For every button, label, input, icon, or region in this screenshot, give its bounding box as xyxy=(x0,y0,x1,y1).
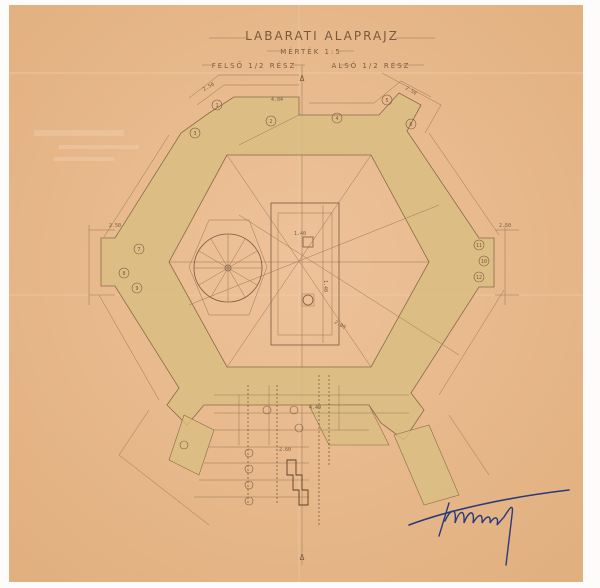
svg-text:9: 9 xyxy=(135,286,138,292)
svg-text:4: 4 xyxy=(335,116,338,122)
svg-text:4.04: 4.04 xyxy=(271,97,283,103)
svg-text:2.60: 2.60 xyxy=(279,447,291,453)
drawing-title: LABARATI ALAPRAJZ xyxy=(245,29,399,43)
svg-text:6: 6 xyxy=(409,122,412,128)
floor-plan-drawing: LABARATI ALAPRAJZ MÉRTÉK 1:5 FELSŐ 1/2 R… xyxy=(9,5,583,582)
svg-text:3: 3 xyxy=(193,131,196,137)
axis-marker: Δ xyxy=(300,74,305,83)
paper-background xyxy=(9,5,583,582)
blueprint-sheet: LABARATI ALAPRAJZ MÉRTÉK 1:5 FELSŐ 1/2 R… xyxy=(9,5,583,582)
svg-text:5: 5 xyxy=(385,98,388,104)
svg-text:12: 12 xyxy=(476,275,482,281)
svg-text:2.50: 2.50 xyxy=(499,223,511,229)
svg-text:4.40: 4.40 xyxy=(309,405,321,411)
svg-text:2.50: 2.50 xyxy=(109,223,121,229)
svg-text:1: 1 xyxy=(215,103,218,109)
svg-text:7: 7 xyxy=(137,247,140,253)
svg-text:11: 11 xyxy=(476,243,482,249)
drawing-scale: MÉRTÉK 1:5 xyxy=(280,47,342,56)
right-half-label: ALSÓ 1/2 RÉSZ xyxy=(332,61,411,70)
svg-text:1.40: 1.40 xyxy=(322,280,328,292)
svg-text:1.40: 1.40 xyxy=(294,231,306,237)
svg-text:2: 2 xyxy=(269,119,272,125)
svg-text:8: 8 xyxy=(122,271,125,277)
axis-marker: Δ xyxy=(300,553,305,562)
left-half-label: FELSŐ 1/2 RÉSZ xyxy=(212,61,297,70)
spiral-staircase xyxy=(194,234,262,302)
svg-text:10: 10 xyxy=(481,259,487,265)
